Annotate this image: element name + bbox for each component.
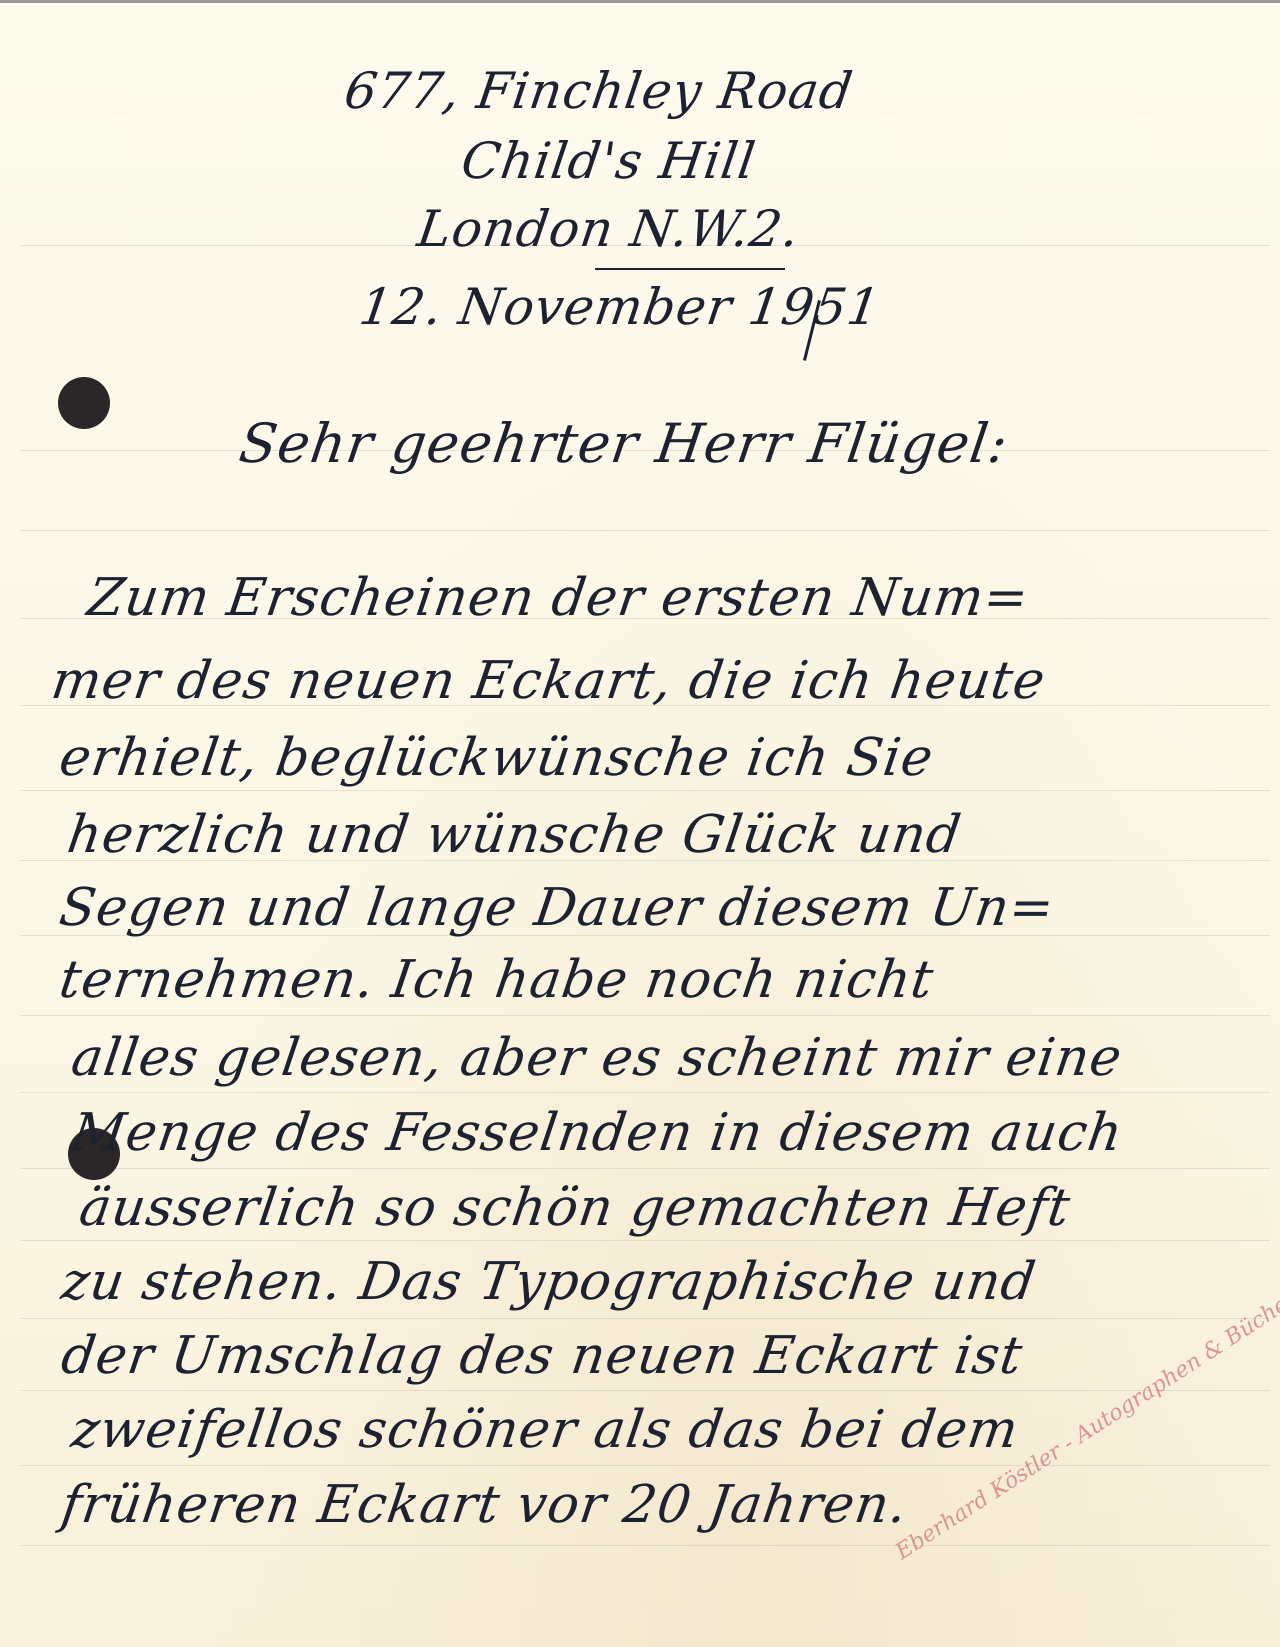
letter-paper: 677, Finchley Road Child's Hill London N… xyxy=(0,0,1280,1647)
ruled-line xyxy=(20,1092,1270,1093)
body-line: Menge des Fesselnden in diesem auch xyxy=(68,1103,1127,1163)
body-line: zweifellos schöner als das bei dem xyxy=(68,1400,1023,1460)
body-line: ternehmen. Ich habe noch nicht xyxy=(56,950,938,1010)
punch-hole-top xyxy=(58,377,110,429)
address-line-3: London N.W.2. xyxy=(414,200,804,258)
ruled-line xyxy=(20,790,1270,791)
ruled-line xyxy=(20,1015,1270,1016)
ruled-line xyxy=(20,1318,1270,1319)
body-line: mer des neuen Eckart, die ich heute xyxy=(48,651,1050,711)
body-line: der Umschlag des neuen Eckart ist xyxy=(58,1326,1027,1386)
body-line: herzlich und wünsche Glück und xyxy=(64,805,965,865)
salutation: Sehr geehrter Herr Flügel: xyxy=(236,412,1013,475)
ruled-line xyxy=(20,1465,1270,1466)
ruled-line xyxy=(20,1168,1270,1169)
ruled-line xyxy=(20,530,1270,531)
body-line: alles gelesen, aber es scheint mir eine xyxy=(68,1028,1126,1088)
address-underline xyxy=(595,268,785,270)
body-line: Segen und lange Dauer diesem Un= xyxy=(56,878,1059,938)
letter-date: 12. November 1951 xyxy=(356,278,884,336)
ruled-line xyxy=(20,1390,1270,1391)
body-line: Zum Erscheinen der ersten Num= xyxy=(84,568,1033,628)
body-line: zu stehen. Das Typographische und xyxy=(58,1252,1040,1312)
ruled-line xyxy=(20,1545,1270,1546)
scan-top-edge xyxy=(0,0,1280,3)
body-line: erhielt, beglückwünsche ich Sie xyxy=(56,728,938,788)
body-line: früheren Eckart vor 20 Jahren. xyxy=(58,1475,912,1535)
address-line-1: 677, Finchley Road xyxy=(341,62,857,120)
address-line-2: Child's Hill xyxy=(458,132,759,190)
ruled-line xyxy=(20,1240,1270,1241)
body-line: äusserlich so schön gemachten Heft xyxy=(76,1178,1074,1238)
